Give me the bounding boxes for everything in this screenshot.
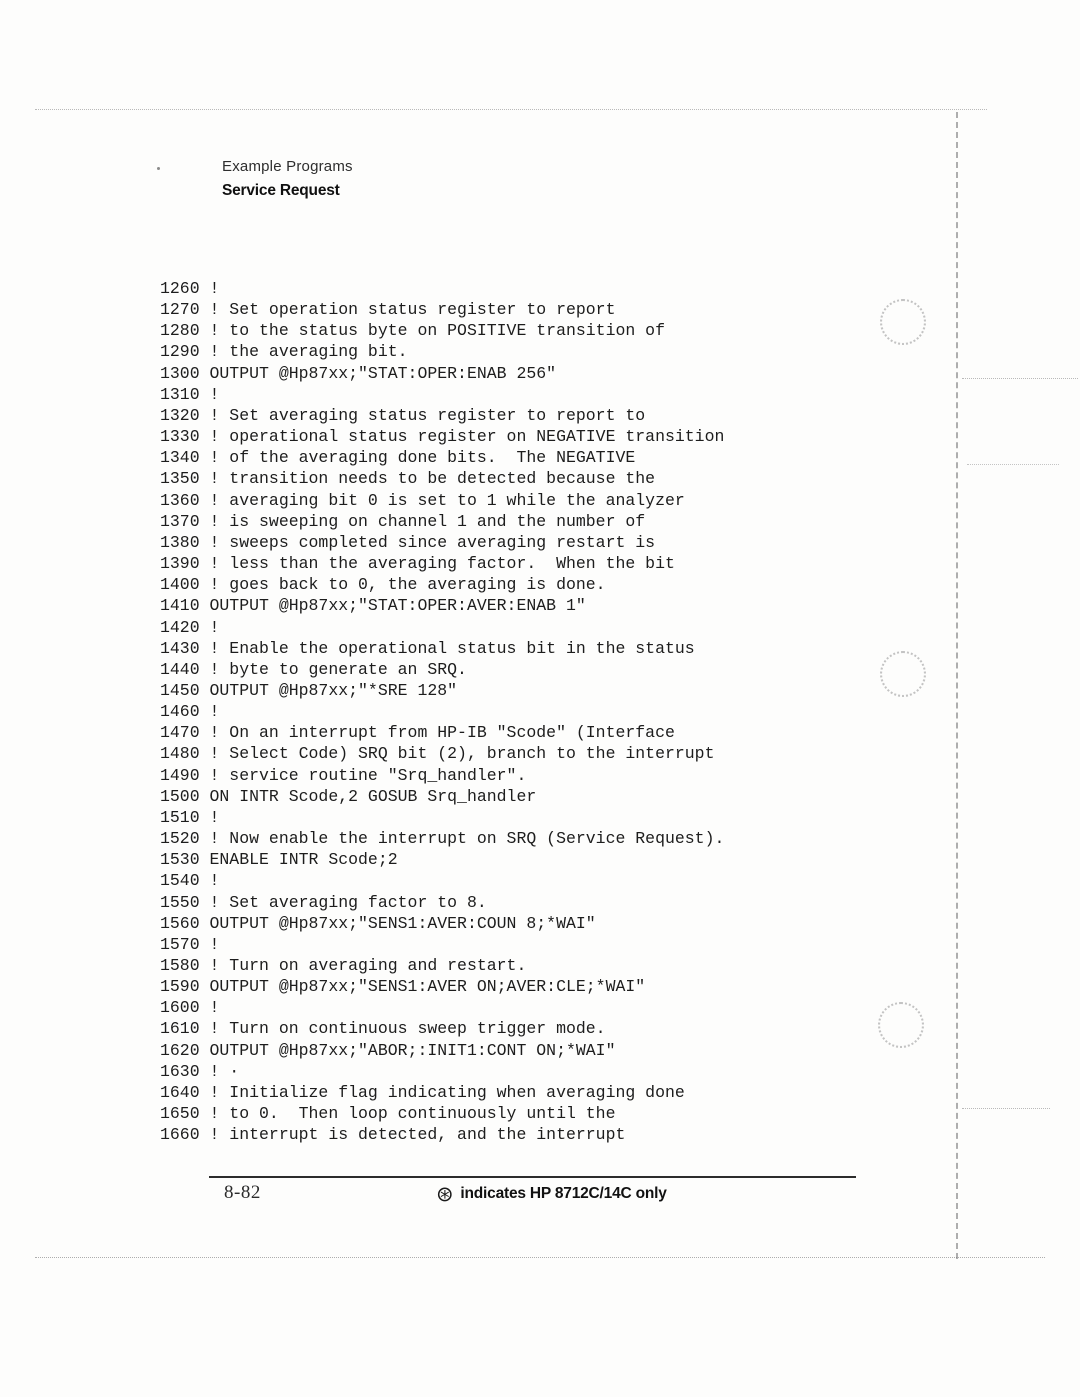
page-number: 8-82 [224,1182,261,1204]
scan-speck [157,167,160,170]
binder-hole-shadow [878,1002,924,1048]
scan-edge-right [956,112,958,1259]
footer-note: ⊛ indicates HP 8712C/14C only [436,1183,667,1205]
scan-edge-top [35,109,987,110]
footer-note-text: indicates HP 8712C/14C only [460,1185,666,1203]
scan-artifact-dotted-row [962,378,1078,379]
page-header: Example Programs Service Request [222,158,353,200]
basic-program-listing: 1260 ! 1270 ! Set operation status regis… [160,278,724,1145]
hp-model-indicator-icon: ⊛ [436,1183,453,1205]
binder-hole-shadow [880,651,926,697]
scan-artifact-dotted-row [967,464,1059,465]
scan-edge-bottom [35,1257,1045,1258]
binder-hole-shadow [880,299,926,345]
scan-artifact-dotted-row [962,1108,1050,1109]
section-title: Service Request [222,182,353,200]
scanned-manual-page: Example Programs Service Request 1260 ! … [0,0,1080,1397]
footer-rule [209,1176,856,1178]
chapter-title: Example Programs [222,158,353,175]
